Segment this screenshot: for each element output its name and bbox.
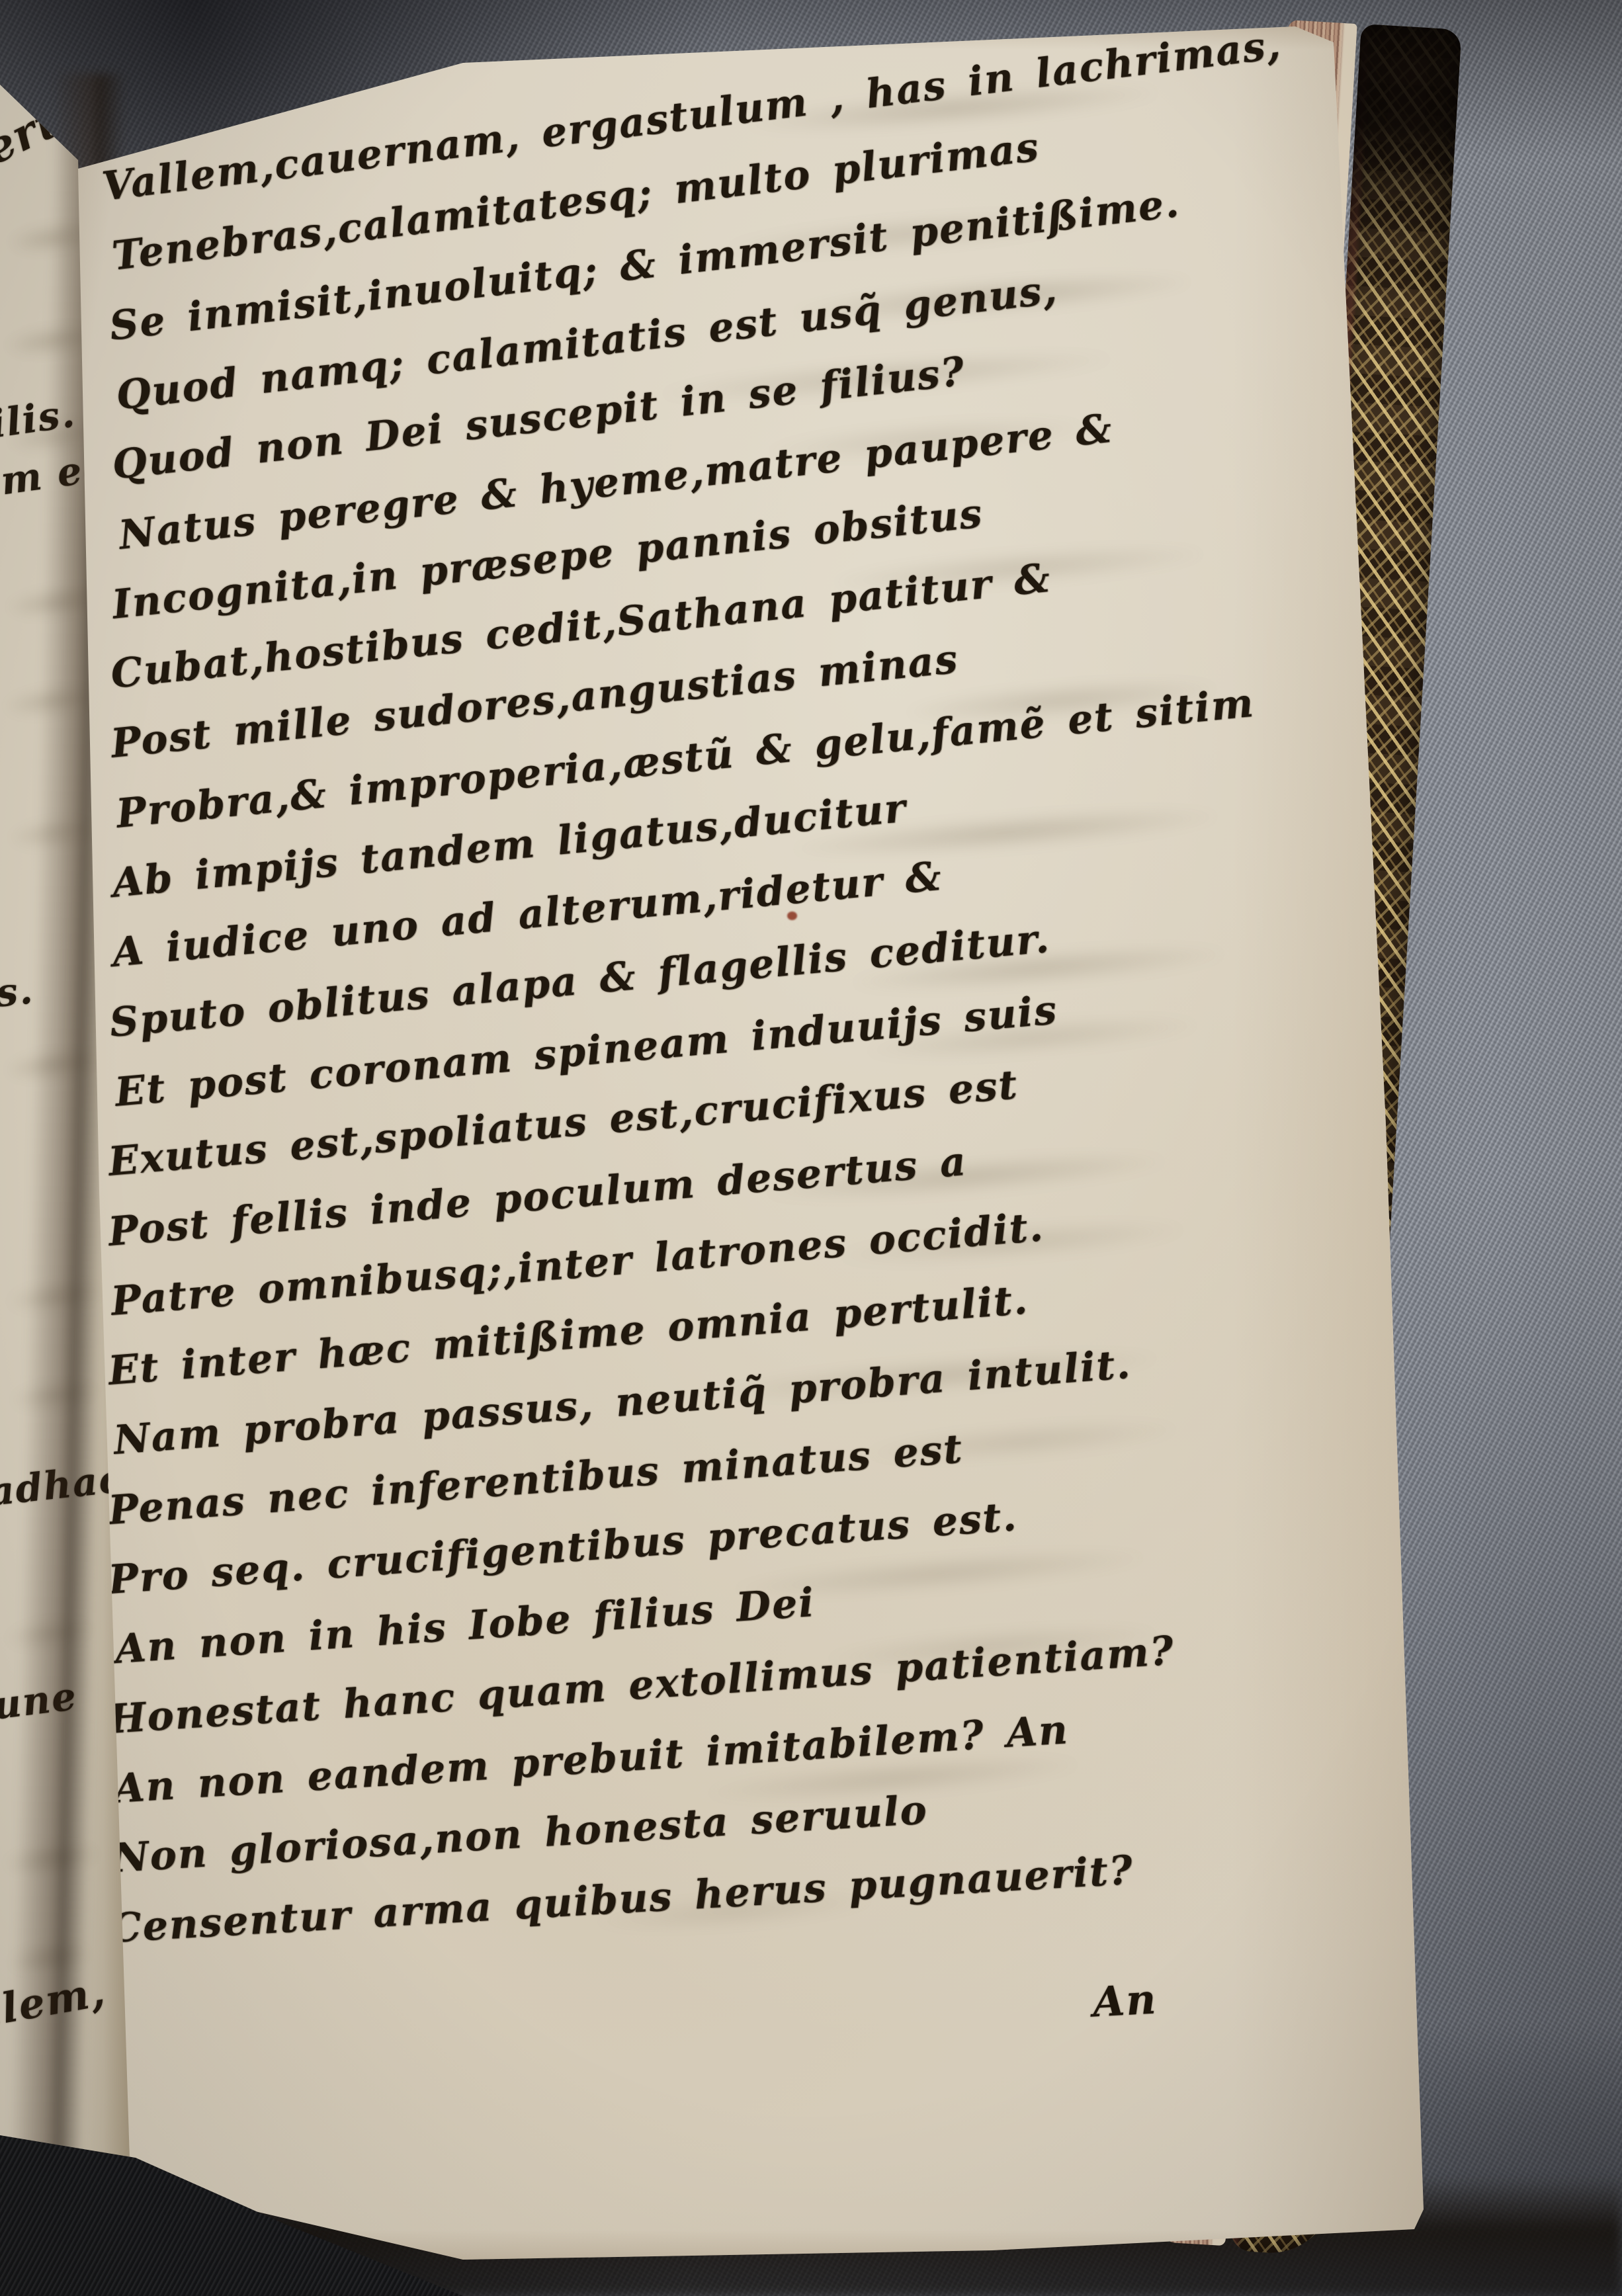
photo-book-on-fabric: ertiailis.um eoss.adhacunellem, An Valle…: [0, 0, 1622, 2296]
catchword: An: [1091, 1975, 1158, 2027]
facing-page-fragment: s.: [0, 967, 36, 1016]
